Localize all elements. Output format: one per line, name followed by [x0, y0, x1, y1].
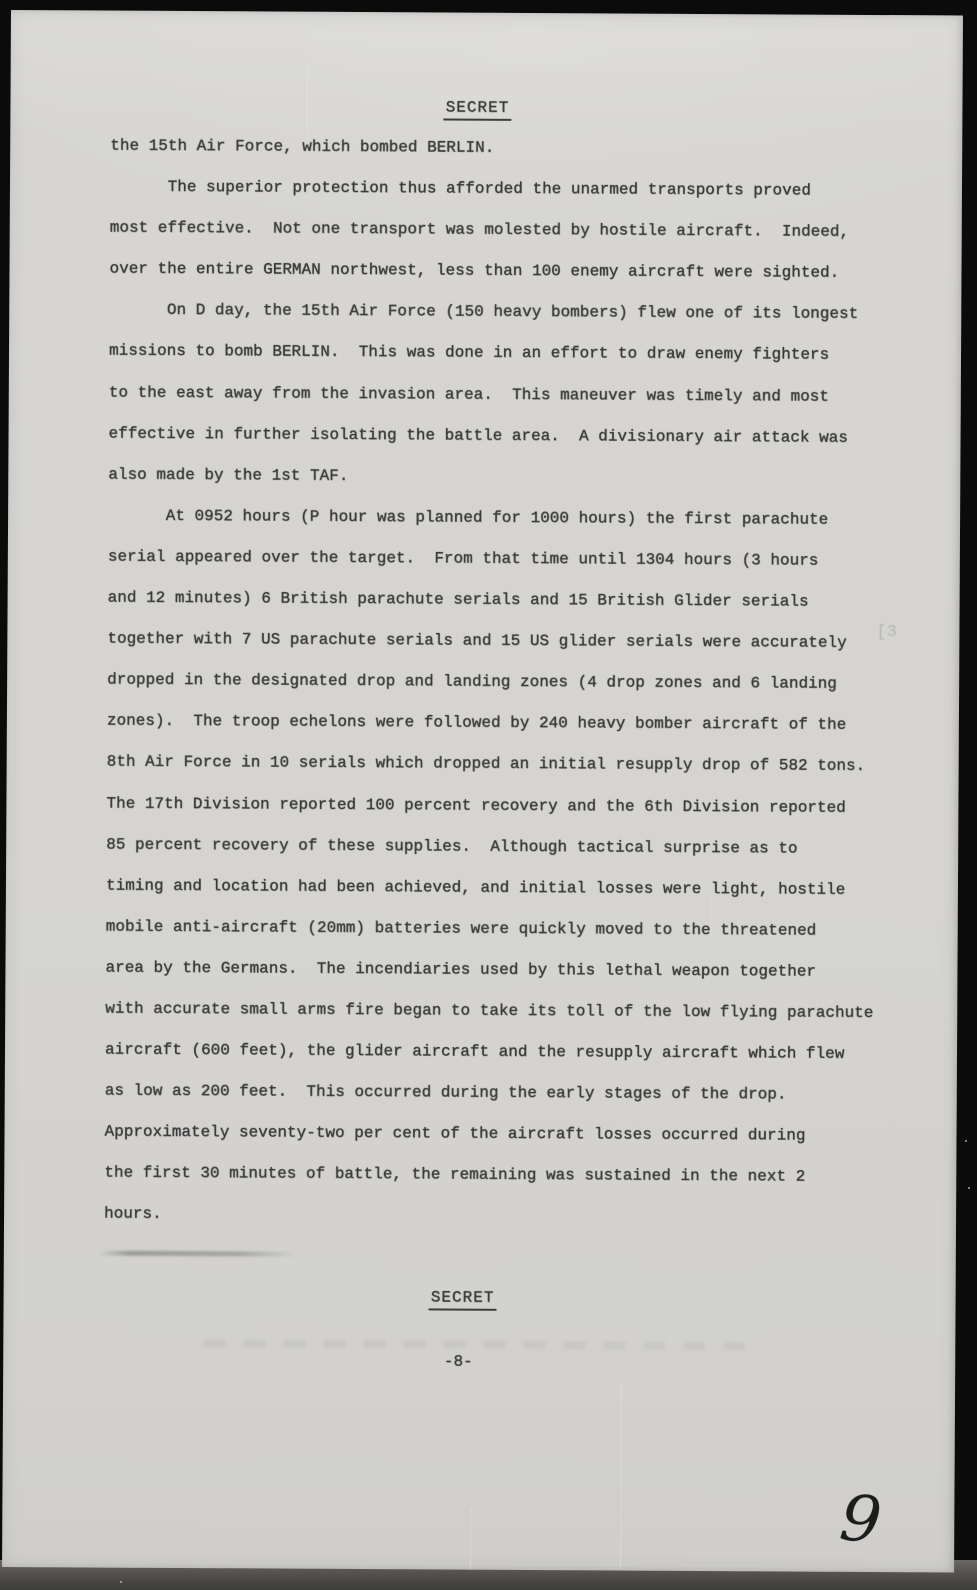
paragraph: On D day, the 15th Air Force (150 heavy … — [108, 290, 909, 500]
text-line: mobile anti-aircraft (20mm) batteries we… — [106, 906, 906, 952]
scan-scratch — [306, 64, 307, 134]
text-line: 85 percent recovery of these supplies. A… — [106, 824, 906, 870]
dust-speck — [965, 1140, 967, 1142]
classification-header-text: SECRET — [444, 98, 512, 120]
text-line: The 17th Division reported 100 percent r… — [106, 783, 906, 829]
faint-margin-artifact: [3 — [876, 623, 897, 642]
text-line: On D day, the 15th Air Force (150 heavy … — [109, 290, 909, 336]
text-line: most effective. Not one transport was mo… — [110, 208, 910, 254]
scan-frame: SECRET the 15th Air Force, which bombed … — [0, 0, 977, 1590]
page-number: -8- — [0, 1350, 934, 1373]
bleed-through-artifact — [203, 1339, 763, 1350]
text-line: to the east away from the invasion area.… — [109, 372, 909, 418]
text-line: timing and location had been achieved, a… — [106, 865, 906, 911]
paragraph: the 15th Air Force, which bombed BERLIN. — [110, 126, 910, 172]
text-line: the first 30 minutes of battle, the rema… — [104, 1153, 904, 1199]
text-line: the 15th Air Force, which bombed BERLIN. — [110, 126, 910, 172]
text-line: together with 7 US parachute serials and… — [107, 619, 907, 665]
classification-footer: SECRET — [0, 1286, 939, 1313]
text-line: over the entire GERMAN northwest, less t… — [109, 249, 909, 295]
dust-speck — [968, 1187, 970, 1189]
handwritten-page-number: 9 — [836, 1481, 885, 1559]
document-page: SECRET the 15th Air Force, which bombed … — [2, 10, 963, 1572]
text-line: The superior protection thus afforded th… — [110, 167, 910, 213]
text-line: serial appeared over the target. From th… — [108, 537, 908, 583]
text-line: as low as 200 feet. This occurred during… — [105, 1071, 905, 1117]
text-line: aircraft (600 feet), the glider aircraft… — [105, 1030, 905, 1076]
text-line: dropped in the designated drop and landi… — [107, 660, 907, 706]
text-line: Approximately seventy-two per cent of th… — [104, 1112, 904, 1158]
text-line: At 0952 hours (P hour was planned for 10… — [108, 495, 908, 541]
text-line: zones). The troop echelons were followed… — [107, 701, 907, 747]
document-body: the 15th Air Force, which bombed BERLIN.… — [104, 126, 910, 1240]
classification-header: SECRET — [1, 96, 953, 123]
text-line: also made by the 1st TAF. — [108, 454, 908, 500]
classification-footer-text: SECRET — [429, 1288, 497, 1310]
dust-speck — [120, 1581, 122, 1583]
text-line: hours. — [104, 1194, 904, 1240]
paragraph: At 0952 hours (P hour was planned for 10… — [104, 495, 908, 1239]
scan-scratch — [620, 1384, 622, 1570]
text-line: with accurate small arms fire began to t… — [105, 989, 905, 1035]
text-line: 8th Air Force in 10 serials which droppe… — [107, 742, 907, 788]
scan-scratch — [470, 1508, 471, 1570]
text-line: effective in further isolating the battl… — [108, 413, 908, 459]
text-line: area by the Germans. The incendiaries us… — [105, 947, 905, 993]
paragraph: The superior protection thus afforded th… — [109, 167, 910, 295]
text-line: missions to bomb BERLIN. This was done i… — [109, 331, 909, 377]
text-line: and 12 minutes) 6 British parachute seri… — [107, 578, 907, 624]
smudge-artifact — [99, 1251, 299, 1257]
scanned-document-screenshot: { "page": { "classification_top": "SECRE… — [0, 0, 977, 1590]
